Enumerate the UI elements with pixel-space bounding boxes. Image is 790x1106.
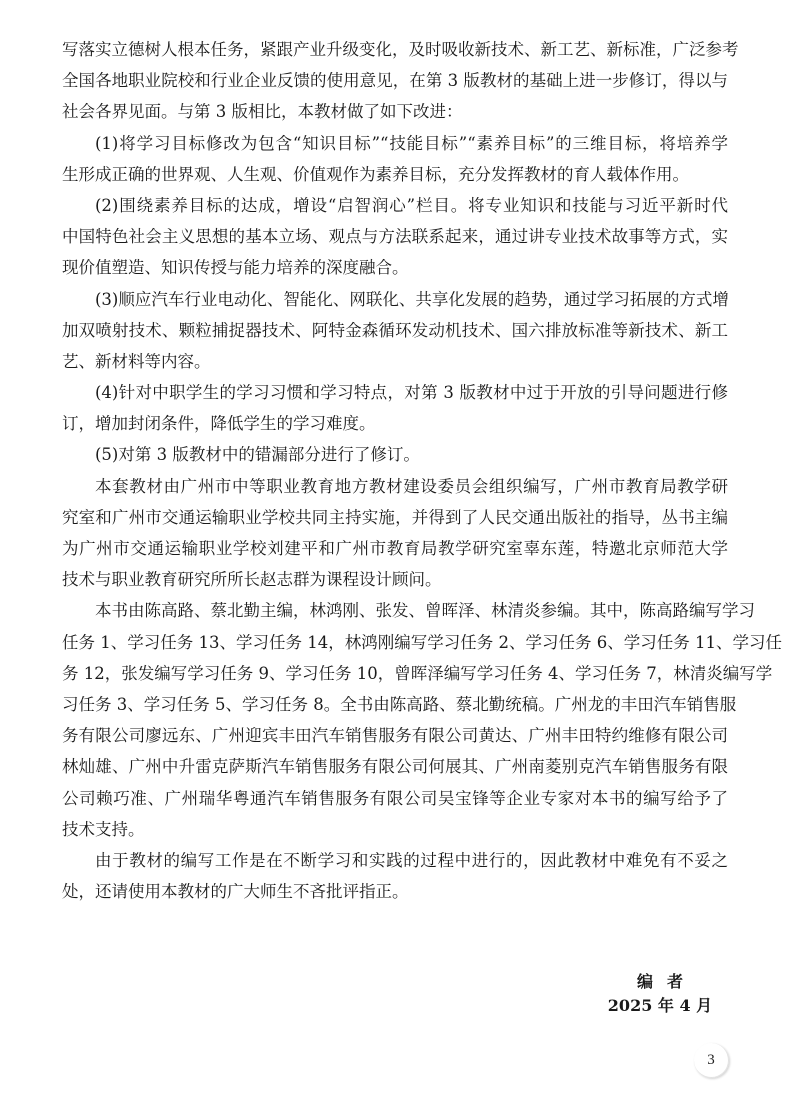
text-line: 全国各地职业院校和行业企业反馈的使用意见，在第 3 版教材的基础上进一步修订，得… xyxy=(62,65,728,96)
text-line: 由于教材的编写工作是在不断学习和实践的过程中进行的，因此教材中难免有不妥之 xyxy=(62,845,728,876)
text-line: (2)围绕素养目标的达成，增设“启智润心”栏目。将专业知识和技能与习近平新时代 xyxy=(62,190,728,221)
text-line: 生形成正确的世界观、人生观、价值观作为素养目标，充分发挥教材的育人载体作用。 xyxy=(62,159,728,190)
paragraph-authors: 本书由陈高路、蔡北勤主编，林鸿刚、张发、曾晖泽、林清炎参编。其中，陈高路编写学习… xyxy=(62,595,728,845)
paragraph-item-3: (3)顺应汽车行业电动化、智能化、网联化、共享化发展的趋势，通过学习拓展的方式增… xyxy=(62,284,728,378)
text-line: 技术支持。 xyxy=(62,814,728,845)
text-line: 任务 1、学习任务 13、学习任务 14，林鸿刚编写学习任务 2、学习任务 6、… xyxy=(62,627,728,658)
paragraph-item-2: (2)围绕素养目标的达成，增设“启智润心”栏目。将专业知识和技能与习近平新时代中… xyxy=(62,190,728,284)
paragraph-closing: 由于教材的编写工作是在不断学习和实践的过程中进行的，因此教材中难免有不妥之处，还… xyxy=(62,845,728,907)
text-line: (5)对第 3 版教材中的错漏部分进行了修订。 xyxy=(62,439,728,470)
text-line: 公司赖巧准、广州瑞华粤通汽车销售服务有限公司吴宝锋等企业专家对本书的编写给予了 xyxy=(62,783,728,814)
text-line: (1)将学习目标修改为包含“知识目标”“技能目标”“素养目标”的三维目标，将培养… xyxy=(62,128,728,159)
text-line: 林灿雄、广州中升雷克萨斯汽车销售服务有限公司何展其、广州南菱别克汽车销售服务有限 xyxy=(62,751,728,782)
text-line: 为广州市交通运输职业学校刘建平和广州市教育局教学研究室辜东莲，特邀北京师范大学 xyxy=(62,533,728,564)
text-line: 技术与职业教育研究所所长赵志群为课程设计顾问。 xyxy=(62,564,728,595)
paragraph-item-4: (4)针对中职学生的学习习惯和学习特点，对第 3 版教材中过于开放的引导问题进行… xyxy=(62,377,728,439)
text-line: 订，增加封闭条件，降低学生的学习难度。 xyxy=(62,408,728,439)
text-line: 中国特色社会主义思想的基本立场、观点与方法联系起来，通过讲专业技术故事等方式，实 xyxy=(62,221,728,252)
signature-block: 编者 2025 年 4 月 xyxy=(600,970,720,1018)
text-line: 务有限公司廖远东、广州迎宾丰田汽车销售服务有限公司黄达、广州丰田特约维修有限公司 xyxy=(62,720,728,751)
paragraph-item-1: (1)将学习目标修改为包含“知识目标”“技能目标”“素养目标”的三维目标，将培养… xyxy=(62,128,728,190)
text-line: 写落实立德树人根本任务，紧跟产业升级变化，及时吸收新技术、新工艺、新标准，广泛参… xyxy=(62,34,728,65)
paragraph-organization: 本套教材由广州市中等职业教育地方教材建设委员会组织编写，广州市教育局教学研究室和… xyxy=(62,471,728,596)
paragraph-item-5: (5)对第 3 版教材中的错漏部分进行了修订。 xyxy=(62,439,728,470)
signature-author: 编者 xyxy=(600,970,720,994)
text-line: (4)针对中职学生的学习习惯和学习特点，对第 3 版教材中过于开放的引导问题进行… xyxy=(62,377,728,408)
text-line: 本套教材由广州市中等职业教育地方教材建设委员会组织编写，广州市教育局教学研 xyxy=(62,471,728,502)
text-line: 加双喷射技术、颗粒捕捉器技术、阿特金森循环发动机技术、国六排放标准等新技术、新工 xyxy=(62,315,728,346)
text-line: 处，还请使用本教材的广大师生不吝批评指正。 xyxy=(62,876,728,907)
page-number: 3 xyxy=(694,1043,729,1078)
text-line: 社会各界见面。与第 3 版相比，本教材做了如下改进： xyxy=(62,96,728,127)
text-line: 艺、新材料等内容。 xyxy=(62,346,728,377)
text-line: 现价值塑造、知识传授与能力培养的深度融合。 xyxy=(62,252,728,283)
document-body: 写落实立德树人根本任务，紧跟产业升级变化，及时吸收新技术、新工艺、新标准，广泛参… xyxy=(62,34,728,907)
text-line: 本书由陈高路、蔡北勤主编，林鸿刚、张发、曾晖泽、林清炎参编。其中，陈高路编写学习 xyxy=(62,595,728,626)
text-line: 习任务 3、学习任务 5、学习任务 8。全书由陈高路、蔡北勤统稿。广州龙的丰田汽… xyxy=(62,689,728,720)
signature-date: 2025 年 4 月 xyxy=(600,994,720,1018)
text-line: 务 12，张发编写学习任务 9、学习任务 10，曾晖泽编写学习任务 4、学习任务… xyxy=(62,658,728,689)
text-line: (3)顺应汽车行业电动化、智能化、网联化、共享化发展的趋势，通过学习拓展的方式增 xyxy=(62,284,728,315)
paragraph-intro: 写落实立德树人根本任务，紧跟产业升级变化，及时吸收新技术、新工艺、新标准，广泛参… xyxy=(62,34,728,128)
text-line: 究室和广州市交通运输职业学校共同主持实施，并得到了人民交通出版社的指导，丛书主编 xyxy=(62,502,728,533)
